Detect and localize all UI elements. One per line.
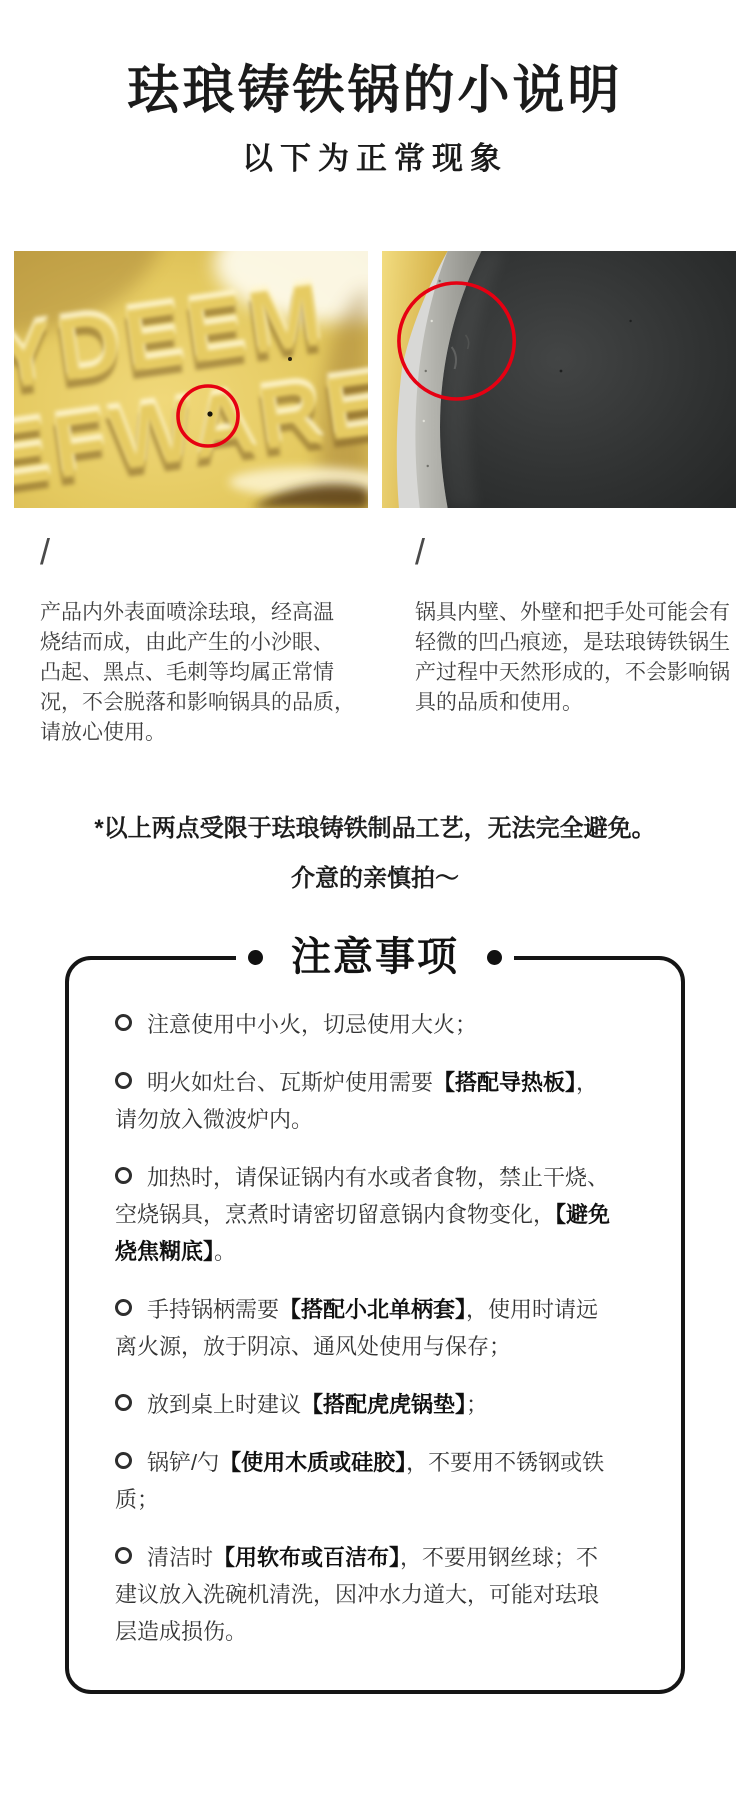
precaution-item: 手持锅柄需要【搭配小北单柄套】，使用时请远离火源，放于阴凉、通风处使用与保存； [115, 1291, 615, 1365]
precaution-text: 明火如灶台、瓦斯炉使用需要 [147, 1070, 433, 1095]
rim-speckle [425, 370, 427, 372]
bullet-dot-icon [248, 950, 263, 965]
disclaimer-line: 介意的亲慎拍～ [0, 862, 750, 896]
precaution-text: 。 [214, 1239, 236, 1264]
precaution-item: 注意使用中小火，切忌使用大火； [115, 1006, 615, 1043]
figure-enamel-surface: YDEEM YDEEM YDEEM EFWARE EFWARE EFWARE [14, 251, 368, 508]
precautions-list: 注意使用中小火，切忌使用大火；明火如灶台、瓦斯炉使用需要【搭配导热板】，请勿放入… [115, 1006, 615, 1650]
circle-bullet-icon [115, 1452, 132, 1469]
caption-text: 产品内外表面喷涂珐琅，经高温烧结而成，由此产生的小沙眼、凸起、黑点、毛刺等均属正… [40, 598, 375, 748]
circle-bullet-icon [115, 1299, 132, 1316]
precaution-text: 注意使用中小火，切忌使用大火； [147, 1012, 477, 1037]
caption-right: / 锅具内壁、外壁和把手处可能会有轻微的凹凸痕迹，是珐琅铸铁锅生产过程中天然形成… [415, 530, 735, 748]
precaution-emphasis: 【搭配导热板】 [433, 1070, 576, 1095]
caption-left: / 产品内外表面喷涂珐琅，经高温烧结而成，由此产生的小沙眼、凸起、黑点、毛刺等均… [40, 530, 375, 748]
precaution-item: 清洁时【用软布或百洁布】，不要用钢丝球；不建议放入洗碗机清洗，因冲水力道大，可能… [115, 1539, 615, 1650]
precautions-title-pill: 注意事项 [236, 928, 514, 986]
circle-bullet-icon [115, 1167, 132, 1184]
enamel-surface-photo: YDEEM YDEEM YDEEM EFWARE EFWARE EFWARE [14, 251, 368, 508]
precaution-emphasis: 【搭配小北单柄套】 [279, 1297, 466, 1322]
precaution-item: 锅铲/勺【使用木质或硅胶】，不要用不锈钢或铁质； [115, 1444, 615, 1518]
precaution-item: 放到桌上时建议【搭配虎虎锅垫】； [115, 1386, 615, 1423]
slash-divider: / [415, 530, 735, 574]
interior-speck [560, 370, 563, 373]
rim-speckle [431, 320, 433, 322]
figure-pot-interior [382, 251, 736, 508]
precaution-item: 加热时，请保证锅内有水或者食物，禁止干烧、空烧锅具，烹煮时请密切留意锅内食物变化… [115, 1159, 615, 1270]
small-speck [288, 357, 292, 361]
rim-speckle [438, 280, 440, 282]
bullet-dot-icon [487, 950, 502, 965]
slash-divider: / [40, 530, 375, 574]
precaution-text: 清洁时 [147, 1545, 213, 1570]
rim-speckle [423, 420, 425, 422]
circle-bullet-icon [115, 1072, 132, 1089]
circle-bullet-icon [115, 1014, 132, 1031]
circle-bullet-icon [115, 1547, 132, 1564]
rim-speckle [427, 465, 429, 467]
precaution-item: 明火如灶台、瓦斯炉使用需要【搭配导热板】，请勿放入微波炉内。 [115, 1064, 615, 1138]
figure-row: YDEEM YDEEM YDEEM EFWARE EFWARE EFWARE [0, 251, 750, 508]
sand-hole-speck [207, 411, 212, 416]
precaution-text: 放到桌上时建议 [147, 1392, 301, 1417]
precaution-text: ； [466, 1392, 488, 1417]
page-subtitle: 以下为正常现象 [0, 139, 750, 179]
page-title: 珐琅铸铁锅的小说明 [0, 0, 750, 122]
precaution-text: 加热时，请保证锅内有水或者食物，禁止干烧、空烧锅具，烹煮时请密切留意锅内食物变化… [115, 1165, 609, 1227]
precautions-header: 注意事项 [69, 928, 681, 986]
precaution-emphasis: 【搭配虎虎锅垫】 [301, 1392, 466, 1417]
precaution-text: 锅铲/勺 [147, 1450, 219, 1475]
precaution-text: 手持锅柄需要 [147, 1297, 279, 1322]
precautions-box: 注意事项 注意使用中小火，切忌使用大火；明火如灶台、瓦斯炉使用需要【搭配导热板】… [65, 956, 685, 1694]
disclaimer-line: *以上两点受限于珐琅铸铁制品工艺，无法完全避免。 [0, 812, 750, 846]
precaution-emphasis: 【用软布或百洁布】 [213, 1545, 400, 1570]
precautions-title: 注意事项 [291, 928, 459, 986]
product-instructions-page: 珐琅铸铁锅的小说明 以下为正常现象 [0, 0, 750, 1796]
pot-interior-photo [382, 251, 736, 508]
circle-bullet-icon [115, 1394, 132, 1411]
caption-columns: / 产品内外表面喷涂珐琅，经高温烧结而成，由此产生的小沙眼、凸起、黑点、毛刺等均… [0, 530, 750, 748]
caption-text: 锅具内壁、外壁和把手处可能会有轻微的凹凸痕迹，是珐琅铸铁锅生产过程中天然形成的，… [415, 598, 735, 718]
disclaimer-note: *以上两点受限于珐琅铸铁制品工艺，无法完全避免。 介意的亲慎拍～ [0, 812, 750, 896]
interior-speck [629, 320, 631, 322]
precaution-emphasis: 【使用木质或硅胶】 [219, 1450, 406, 1475]
